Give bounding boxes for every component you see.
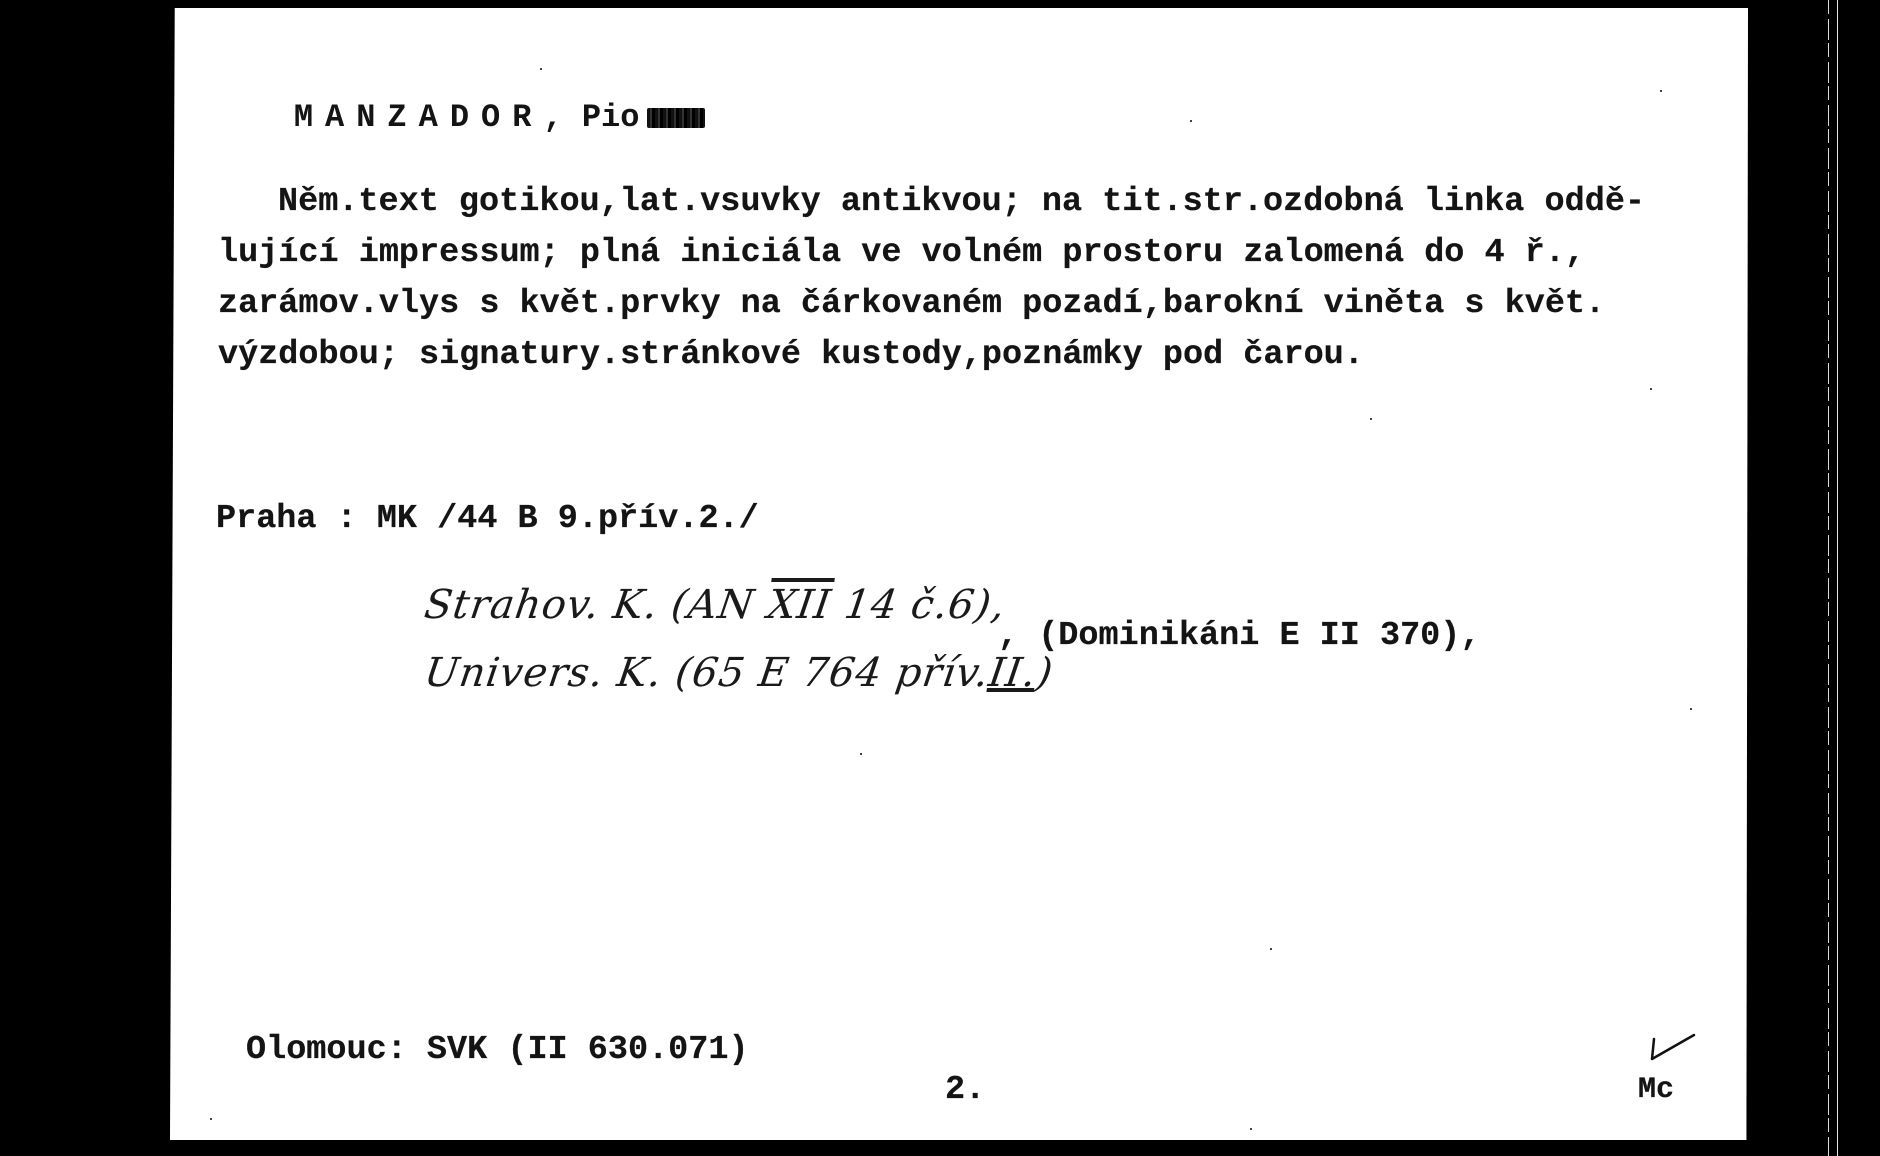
check-mark-icon: [1650, 1033, 1696, 1063]
author-given-name: Pio: [582, 99, 640, 136]
struck-out-text: [647, 108, 705, 128]
handwritten-location-univers: Univers. K. (65 E 764 přív.II.): [360, 604, 1062, 742]
author-heading: MANZADOR, Pio: [217, 62, 705, 173]
card-number: 2.: [945, 1074, 985, 1108]
scan-speck: [1270, 948, 1272, 950]
scan-speck: [1660, 90, 1662, 92]
scan-speck: [1250, 1128, 1252, 1130]
description-line: zarámov.vlys s květ.prvky na čárkovaném …: [218, 288, 1605, 322]
author-surname: MANZADOR: [294, 99, 544, 136]
location-olomouc: Olomouc: SVK (II 630.071): [246, 1034, 749, 1068]
scan-speck: [1690, 708, 1692, 710]
scan-speck: [1650, 388, 1652, 390]
scan-speck: [210, 1118, 212, 1120]
handwritten-text: Univers. K. (65 E 764 přív.: [422, 650, 993, 696]
location-dominikani: , (Dominikáni E II 370),: [998, 620, 1480, 654]
scan-edge-line: [1837, 0, 1838, 1156]
description-line: lující impressum; plná iniciála ve volné…: [218, 237, 1585, 271]
description-line: Něm.text gotikou,lat.vsuvky antikvou; na…: [278, 186, 1645, 220]
scan-speck: [1190, 120, 1192, 122]
handwritten-text: II.: [986, 650, 1040, 696]
catalog-card: MANZADOR, Pio Něm.text gotikou,lat.vsuvk…: [170, 8, 1748, 1140]
location-praha: Praha : MK /44 B 9.přív.2./: [216, 503, 759, 537]
scan-edge-line: [1828, 0, 1829, 1156]
description-line: výzdobou; signatury.stránkové kustody,po…: [218, 339, 1364, 373]
author-separator: ,: [543, 99, 562, 136]
cataloger-initials: Mc: [1638, 1075, 1674, 1105]
scan-speck: [860, 753, 862, 755]
scan-speck: [1370, 418, 1372, 420]
